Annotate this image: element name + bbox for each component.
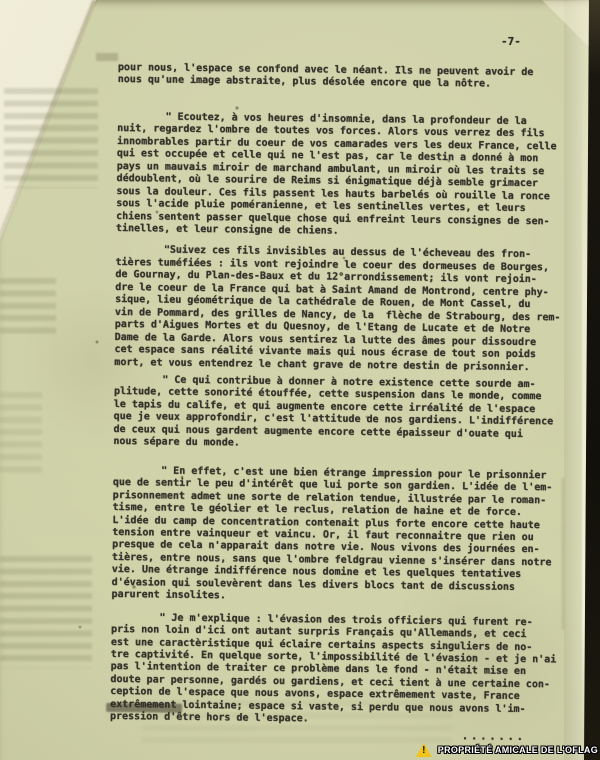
watermark: ! PROPRIÉTÉ AMICALE DE L'OFLAG — [416, 743, 598, 757]
paragraph: pour nous, l'espace se confond avec le n… — [118, 62, 598, 93]
warning-triangle-icon: ! — [416, 743, 432, 757]
paragraph: "Suivez ces fils invisibles au dessus de… — [114, 244, 595, 374]
dust-specks — [0, 0, 2, 2]
ink-bleedthrough — [4, 88, 98, 188]
paragraph: " En effet, c'est une bien étrange impre… — [111, 465, 593, 608]
paragraph: " Je m'explique : l'évasion des trois of… — [110, 612, 591, 730]
photo-of-document: -7- pour nous, l'espace se confond avec … — [0, 0, 600, 760]
warning-exclamation: ! — [422, 745, 425, 757]
paragraph: " Ecoutez, à vos heures d'insomnie, dans… — [116, 111, 597, 241]
watermark-label: PROPRIÉTÉ AMICALE DE L'OFLAG — [438, 745, 598, 755]
page-number: -7- — [501, 36, 521, 48]
paragraph: " Ce qui contribue à donner à notre exis… — [113, 374, 594, 455]
overtype-mark — [106, 703, 182, 713]
ink-bleedthrough — [0, 556, 92, 668]
ghost-page-number — [96, 53, 118, 61]
typed-text: pour nous, l'espace se confond avec le n… — [110, 62, 598, 744]
